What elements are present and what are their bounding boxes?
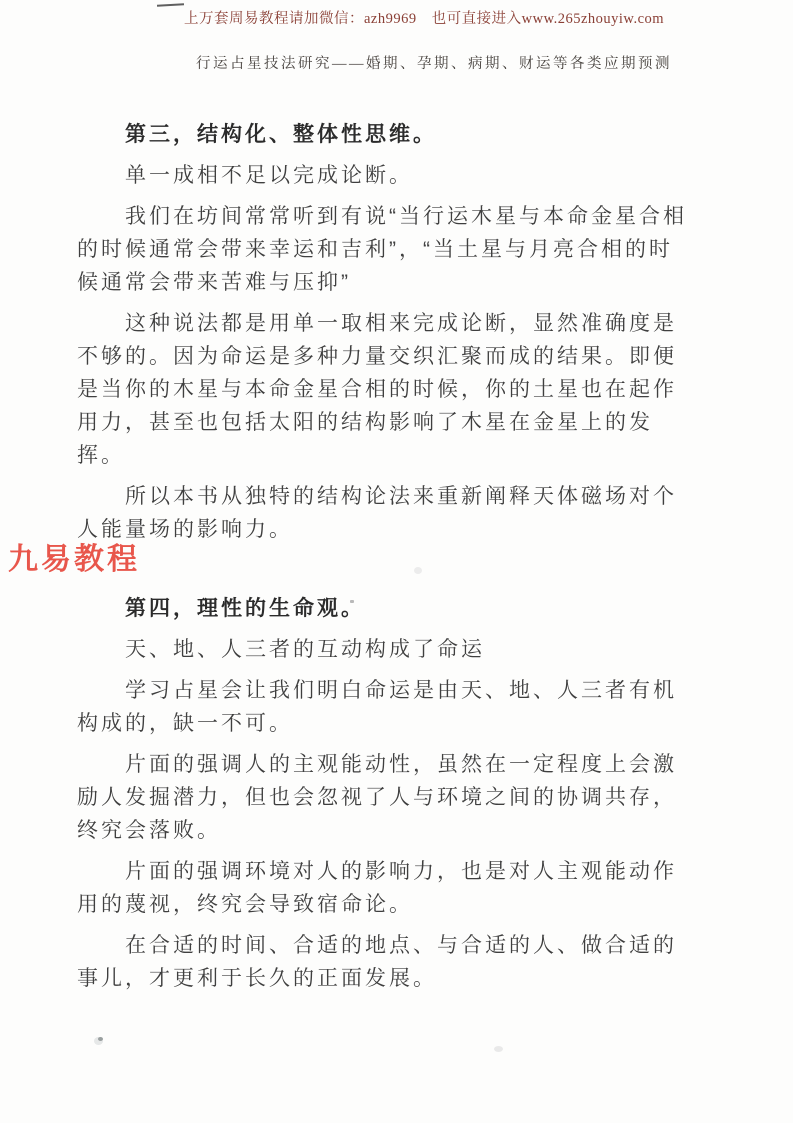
body-paragraph: 天、地、人三者的互动构成了命运: [77, 633, 687, 666]
promo-banner-text: 上万套周易教程请加微信：azh9969 也可直接进入www.265zhouyiw…: [184, 7, 664, 28]
section-heading-third: 第三，结构化、整体性思维。: [77, 118, 687, 151]
scan-speck: [414, 567, 422, 574]
section-heading-fourth: 第四，理性的生命观。: [77, 592, 687, 625]
running-header: 行运占星技法研究——婚期、孕期、病期、财运等各类应期预测: [196, 52, 672, 73]
body-paragraph: 片面的强调环境对人的影响力，也是对人主观能动作用的蔑视，终究会导致宿命论。: [77, 855, 687, 921]
body-paragraph: 我们在坊间常常听到有说“当行运木星与本命金星合相的时候通常会带来幸运和吉利”，“…: [77, 200, 687, 299]
red-watermark: 九易教程: [8, 543, 140, 577]
scan-speck: [350, 600, 354, 603]
body-paragraph: 在合适的时间、合适的地点、与合适的人、做合适的事儿，才更利于长久的正面发展。: [77, 929, 687, 995]
body-text-column: 第三，结构化、整体性思维。 单一成相不足以完成论断。 我们在坊间常常听到有说“当…: [77, 118, 687, 1003]
body-paragraph: 片面的强调人的主观能动性，虽然在一定程度上会激励人发掘潜力，但也会忽视了人与环境…: [77, 748, 687, 847]
scan-speck: [94, 1037, 103, 1045]
body-paragraph: 学习占星会让我们明白命运是由天、地、人三者有机构成的，缺一不可。: [77, 674, 687, 740]
scan-speck: [494, 1046, 503, 1052]
stray-dash-mark: [157, 3, 184, 6]
body-paragraph: 这种说法都是用单一取相来完成论断，显然准确度是不够的。因为命运是多种力量交织汇聚…: [77, 307, 687, 472]
scanned-book-page: 上万套周易教程请加微信：azh9969 也可直接进入www.265zhouyiw…: [0, 0, 793, 1123]
body-paragraph: 单一成相不足以完成论断。: [77, 159, 687, 192]
body-paragraph: 所以本书从独特的结构论法来重新阐释天体磁场对个人能量场的影响力。: [77, 480, 687, 546]
